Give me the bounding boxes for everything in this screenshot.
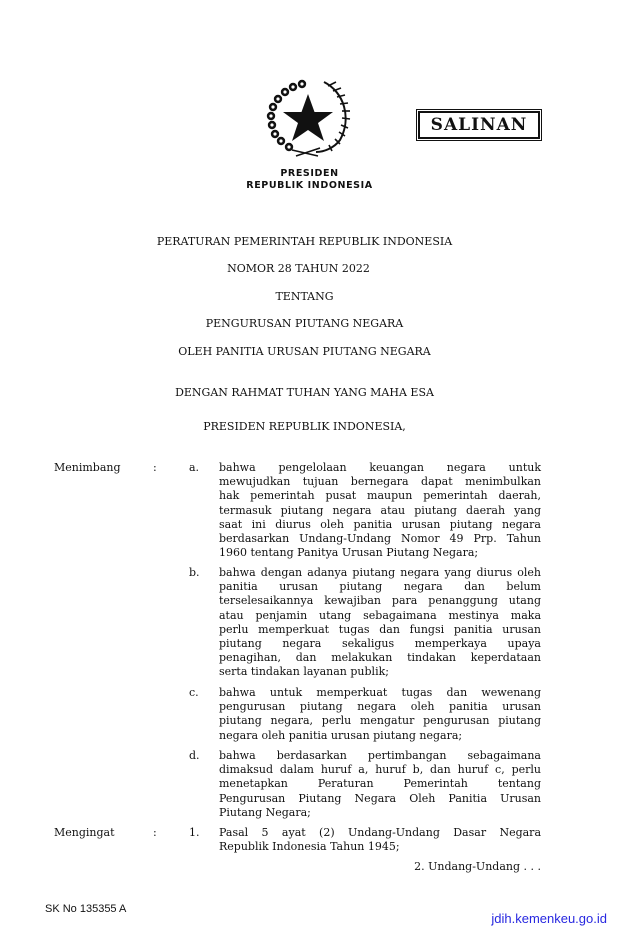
text-line: termasuk piutang negara atau piutang dae… — [219, 504, 541, 518]
text-line: penagihan, dan melakukan tindakan keperd… — [219, 651, 541, 665]
text-line: saat ini diurus oleh panitia urusan piut… — [219, 518, 541, 532]
authority: PRESIDEN REPUBLIK INDONESIA, — [0, 420, 609, 433]
text-line: berdasarkan Undang-Undang Nomor 49 Prp. … — [219, 532, 541, 546]
regulation-subject-line1: PENGURUSAN PIUTANG NEGARA — [0, 317, 609, 330]
consideration-d: bahwa berdasarkan pertimbangan sebagaima… — [219, 749, 541, 820]
garuda-star-emblem-icon — [262, 78, 354, 160]
consideration-b: bahwa dengan adanya piutang negara yang … — [219, 566, 541, 680]
text-line: bahwa dengan adanya piutang negara yang … — [219, 566, 541, 580]
regulation-type: PERATURAN PEMERINTAH REPUBLIK INDONESIA — [0, 235, 609, 248]
legal-basis-1: Pasal 5 ayat (2) Undang-Undang Dasar Neg… — [219, 826, 541, 854]
text-line: bahwa berdasarkan pertimbangan sebagaima… — [219, 749, 541, 763]
regulation-number: NOMOR 28 TAHUN 2022 — [0, 262, 597, 275]
text-line: piutang negara sekaligus memperkaya upay… — [219, 637, 541, 651]
regulation-about: TENTANG — [0, 290, 609, 303]
item-marker-a: a. — [189, 461, 199, 474]
document-page: SALINAN PRESIDEN REPUBLIK INDONESIA PERA… — [0, 0, 619, 941]
item-marker-b: b. — [189, 566, 200, 579]
menimbang-label: Menimbang — [54, 461, 121, 474]
text-line: serta tindakan layanan publik; — [219, 665, 541, 679]
text-line: atau penjamin utang sebagaimana mestinya… — [219, 609, 541, 623]
text-line: hak pemerintah pusat maupun pemerintah d… — [219, 489, 541, 503]
mengingat-colon: : — [153, 826, 157, 839]
text-line: mewujudkan tujuan bernegara dapat menimb… — [219, 475, 541, 489]
salinan-stamp: SALINAN — [418, 111, 540, 139]
invocation: DENGAN RAHMAT TUHAN YANG MAHA ESA — [0, 386, 609, 399]
text-line: bahwa untuk memperkuat tugas dan wewenan… — [219, 686, 541, 700]
text-line: panitia urusan piutang negara dan belum — [219, 580, 541, 594]
consideration-a: bahwa pengelolaan keuangan negara untuk … — [219, 461, 541, 560]
consideration-c: bahwa untuk memperkuat tugas dan wewenan… — [219, 686, 541, 743]
item-marker-c: c. — [189, 686, 199, 699]
mengingat-label: Mengingat — [54, 826, 115, 839]
text-line: Piutang Negara; — [219, 806, 541, 820]
text-line: dimaksud dalam huruf a, huruf b, dan hur… — [219, 763, 541, 777]
office-subtitle: REPUBLIK INDONESIA — [0, 180, 619, 191]
text-line: piutang negara, perlu mengatur pengurusa… — [219, 714, 541, 728]
text-line: negara oleh panitia urusan piutang negar… — [219, 729, 541, 743]
page-continuation: 2. Undang-Undang . . . — [414, 860, 541, 873]
sk-number: SK No 135355 A — [45, 903, 126, 915]
text-line: terselesaikannya kewajiban para penanggu… — [219, 594, 541, 608]
text-line: 1960 tentang Panitya Urusan Piutang Nega… — [219, 546, 541, 560]
text-line: pengurusan piutang negara oleh panitia u… — [219, 700, 541, 714]
text-line: bahwa pengelolaan keuangan negara untuk — [219, 461, 541, 475]
office-title: PRESIDEN — [0, 168, 619, 179]
menimbang-colon: : — [153, 461, 157, 474]
text-line: perlu memperkuat tugas dan fungsi paniti… — [219, 623, 541, 637]
item-marker-1: 1. — [189, 826, 200, 839]
text-line: menetapkan Peraturan Pemerintah tentang — [219, 777, 541, 791]
source-link[interactable]: jdih.kemenkeu.go.id — [491, 911, 607, 926]
text-line: Pasal 5 ayat (2) Undang-Undang Dasar Neg… — [219, 826, 541, 840]
item-marker-d: d. — [189, 749, 200, 762]
text-line: Pengurusan Piutang Negara Oleh Panitia U… — [219, 792, 541, 806]
regulation-subject-line2: OLEH PANITIA URUSAN PIUTANG NEGARA — [0, 345, 609, 358]
text-line: Republik Indonesia Tahun 1945; — [219, 840, 541, 854]
